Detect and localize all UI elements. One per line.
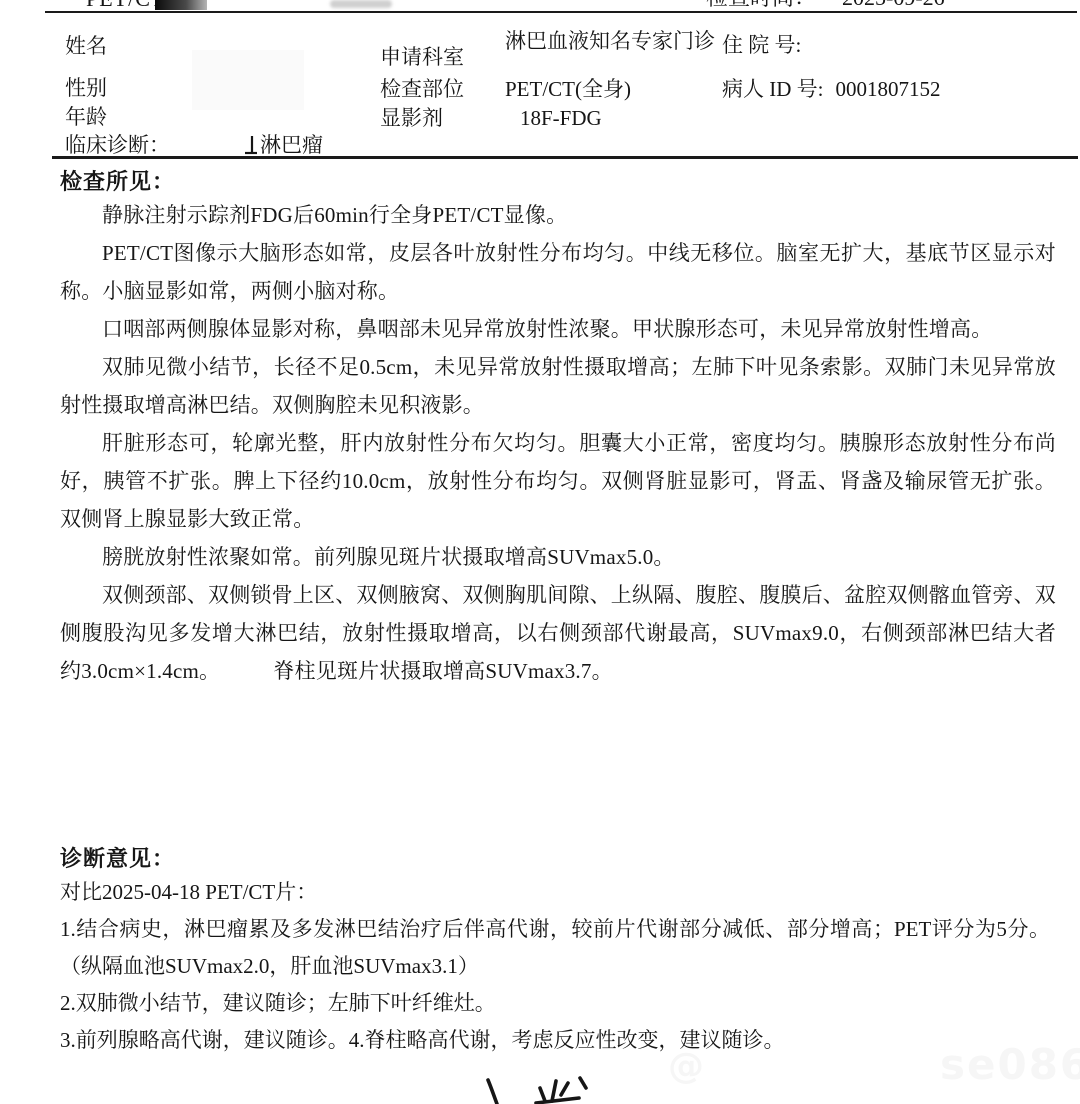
horizontal-rule-mid xyxy=(52,156,1078,159)
impression-body: 对比2025-04-18 PET/CT片： 1.结合病史，淋巴瘤累及多发淋巴结治… xyxy=(60,874,1050,1059)
findings-paragraph: 膀胱放射性浓聚如常。前列腺见斑片状摄取增高SUVmax5.0。 xyxy=(60,538,1056,576)
name-label: 姓名 xyxy=(65,34,107,58)
exam-site-value: PET/CT(全身) xyxy=(505,77,631,101)
patient-id-value: 0001807152 xyxy=(836,77,941,101)
horizontal-rule-top xyxy=(45,11,1077,13)
findings-paragraph: PET/CT图像示大脑形态如常，皮层各叶放射性分布均匀。中线无移位。脑室无扩大，… xyxy=(60,234,1056,310)
watermark-at-icon: @ xyxy=(668,1046,704,1087)
findings-paragraph: 静脉注射示踪剂FDG后60min行全身PET/CT显像。 xyxy=(60,196,1056,234)
exam-time-row: 检查时间：2025-09-26 xyxy=(706,0,945,9)
exam-time-value: 2025-09-26 xyxy=(842,0,945,10)
exam-site-label: 检查部位 xyxy=(380,77,464,101)
redaction-box xyxy=(155,0,207,10)
impression-line: 3.前列腺略高代谢，建议随诊。4.脊柱略高代谢，考虑反应性改变，建议随诊。 xyxy=(60,1022,1050,1059)
age-label: 年龄 xyxy=(65,105,107,129)
findings-heading: 检查所见： xyxy=(60,165,175,196)
request-dept-value: 淋巴血液知名专家门诊 xyxy=(505,26,717,56)
redaction-box-gender xyxy=(192,50,304,110)
clinical-dx-value: 淋巴瘤 xyxy=(260,133,323,157)
tracer-value: 18F-FDG xyxy=(520,106,602,130)
impression-line: 2.双肺微小结节，建议随诊；左肺下叶纤维灶。 xyxy=(60,985,1050,1022)
findings-paragraph: 口咽部两侧腺体显影对称，鼻咽部未见异常放射性浓聚。甲状腺形态可，未见异常放射性增… xyxy=(60,310,1056,348)
doc-type-label: PET/CT xyxy=(86,0,165,10)
clinical-dx-label: 临床诊断： xyxy=(65,133,170,157)
impression-line: 对比2025-04-18 PET/CT片： xyxy=(60,874,1050,911)
findings-paragraph: 双侧颈部、双侧锁骨上区、双侧腋窝、双侧胸肌间隙、上纵隔、腹腔、腹膜后、盆腔双侧髂… xyxy=(60,576,1056,690)
watermark-text: se086 xyxy=(940,1040,1080,1089)
tracer-label: 显影剂 xyxy=(380,106,443,130)
redacted-char-fragment-icon xyxy=(244,136,258,156)
findings-body: 静脉注射示踪剂FDG后60min行全身PET/CT显像。 PET/CT图像示大脑… xyxy=(60,196,1056,690)
request-dept-label: 申请科室 xyxy=(380,45,464,69)
signature-scribble-icon xyxy=(460,1076,595,1104)
findings-paragraph: 肝脏形态可，轮廓光整，肝内放射性分布欠均匀。胆囊大小正常，密度均匀。胰腺形态放射… xyxy=(60,424,1056,538)
impression-heading: 诊断意见： xyxy=(60,842,175,873)
redaction-blob xyxy=(330,0,392,8)
gender-label: 性别 xyxy=(65,76,107,100)
admission-no-label: 住 院 号: xyxy=(722,33,801,57)
impression-line: 1.结合病史，淋巴瘤累及多发淋巴结治疗后伴高代谢，较前片代谢部分减低、部分增高；… xyxy=(60,911,1050,985)
exam-time-label: 检查时间： xyxy=(706,0,816,10)
patient-id-label: 病人 ID 号: xyxy=(722,77,824,101)
findings-paragraph: 双肺见微小结节，长径不足0.5cm，未见异常放射性摄取增高；左肺下叶见条索影。双… xyxy=(60,348,1056,424)
patient-id-row: 病人 ID 号:0001807152 xyxy=(722,77,941,101)
